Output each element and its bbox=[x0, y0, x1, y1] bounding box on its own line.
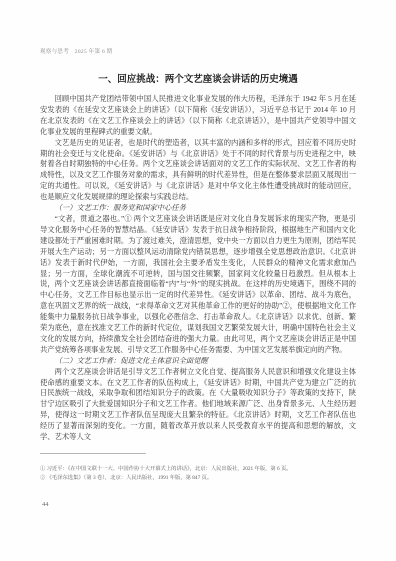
paragraph-context: 文艺是历史的见证者，也是时代的塑造者，以其丰富的内涵和多样的形式，回应着不同历史… bbox=[40, 138, 356, 203]
footnote-divider bbox=[40, 453, 146, 454]
subsection-heading-1: （一）文艺工作：服务党和国家中心任务 bbox=[40, 203, 356, 214]
journal-page: 观察与思考 2025 年第 6 期 一、回应挑战：两个文艺座谈会讲话的历史境遇 … bbox=[0, 0, 396, 561]
journal-header: 观察与思考 2025 年第 6 期 bbox=[40, 47, 356, 55]
footnotes-block: ① 习近平：《在中国文联十一大、中国作协十大开幕式上的讲话》，北京：人民出版社，… bbox=[40, 453, 356, 482]
subsection-heading-2: （二）文艺工作者：促进文化主体意识全面觉醒 bbox=[40, 356, 356, 367]
paragraph-subsection-2: 两个文艺座谈会讲话是引导文艺工作者树立文化自觉、提高服务人民意识和增强文化建设主… bbox=[40, 367, 356, 443]
footnote-1: ① 习近平：《在中国文联十一大、中国作协十大开幕式上的讲话》，北京：人民出版社，… bbox=[40, 465, 356, 474]
section-title: 一、回应挑战：两个文艺座谈会讲话的历史境遇 bbox=[40, 71, 356, 85]
page-content: 观察与思考 2025 年第 6 期 一、回应挑战：两个文艺座谈会讲话的历史境遇 … bbox=[40, 47, 356, 443]
paragraph-intro: 回顾中国共产党团结带领中国人民推进文化事业发展的伟大历程，毛泽东于 1942 年… bbox=[40, 94, 356, 138]
footnote-2: ② 《毛泽东选集》（第 3 卷），北京：人民出版社，1991 年版，第 847 … bbox=[40, 474, 356, 483]
paragraph-subsection-1: “文者，贯道之器也。”① 两个文艺座谈会讲话既是应对文化自身发展诉求的现实产物，… bbox=[40, 214, 356, 356]
page-number: 44 bbox=[42, 501, 49, 508]
